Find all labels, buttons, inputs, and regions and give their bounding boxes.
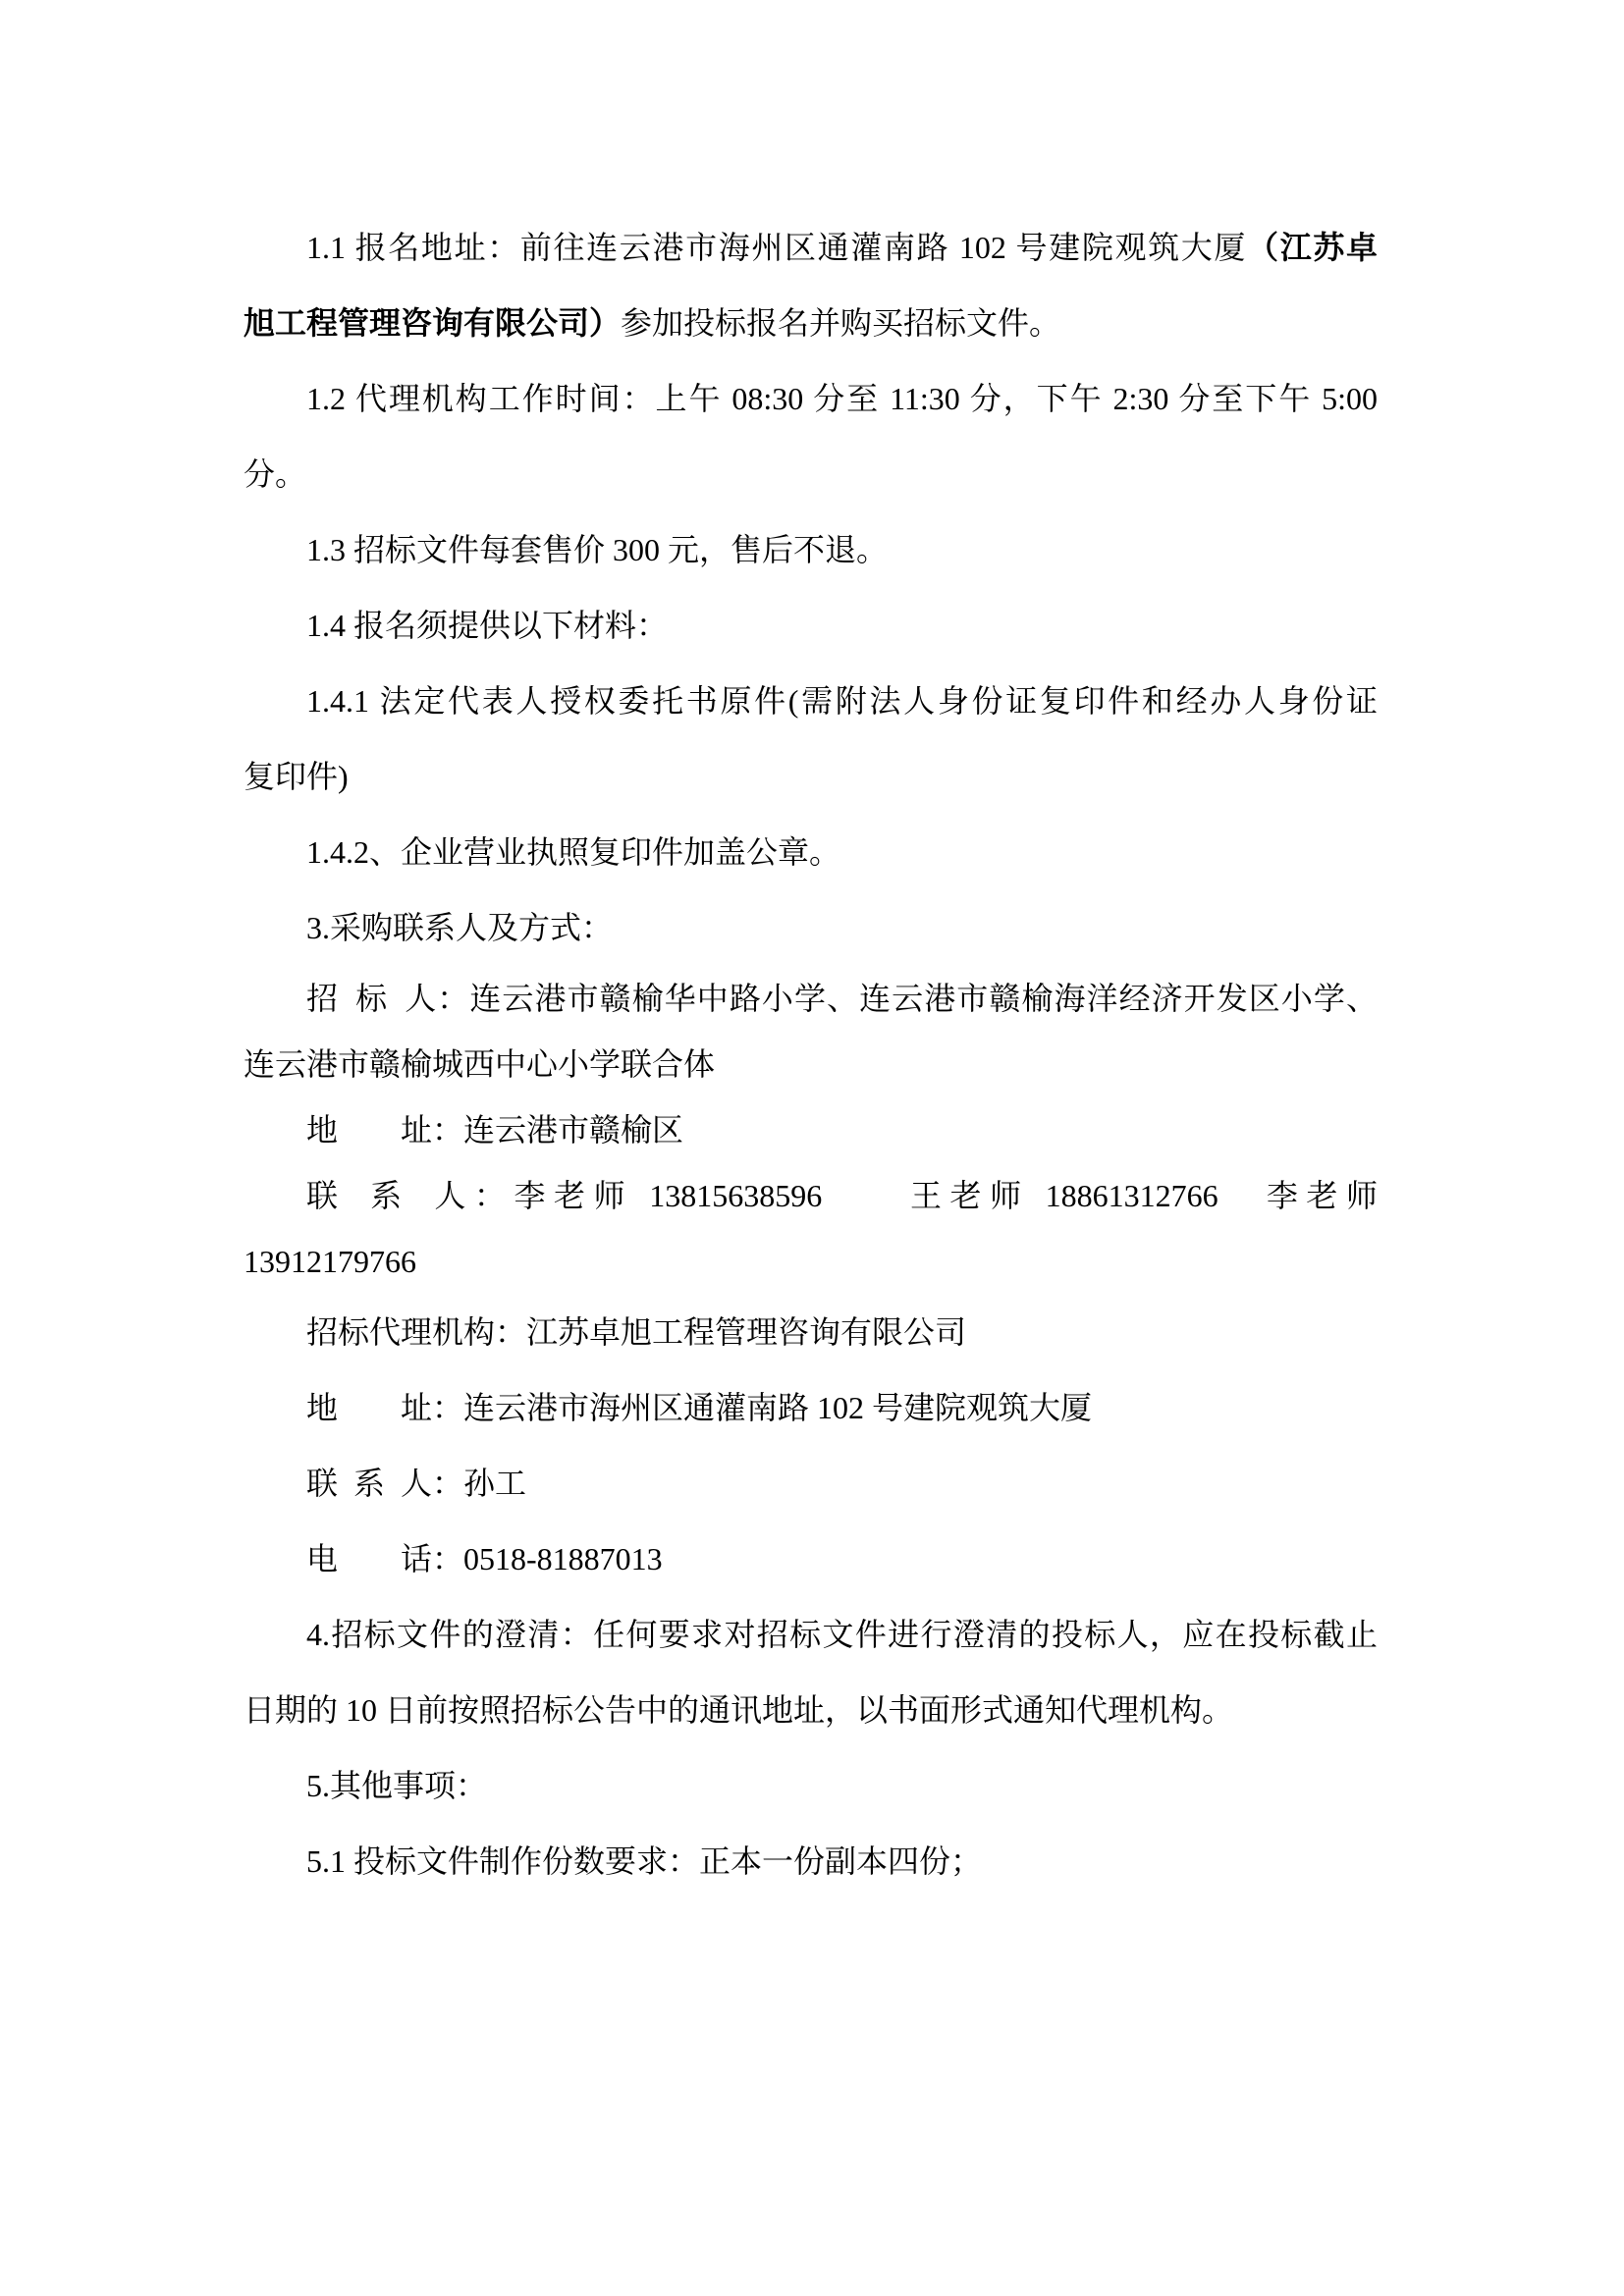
tenderee-name: 招 标 人：连云港市赣榆华中路小学、连云港市赣榆海洋经济开发区小学、连云港市赣榆… <box>244 966 1378 1097</box>
text-run: 复印件) <box>244 759 349 794</box>
text-run: 5.其他事项： <box>306 1768 487 1803</box>
text-run: 连云港市赣榆城西中心小学联合体 <box>244 1046 715 1082</box>
text-run: 5.1 投标文件制作份数要求：正本一份副本四份； <box>306 1843 982 1879</box>
clause-5-other-matters-heading: 5.其他事项： <box>244 1748 1378 1824</box>
text-run: 13912179766 <box>244 1244 416 1279</box>
text-run: 地 址：连云港市赣榆区 <box>306 1112 683 1148</box>
text-line: 招 标 人：连云港市赣榆华中路小学、连云港市赣榆海洋经济开发区小学、 <box>244 966 1378 1032</box>
text-line: 地 址：连云港市海州区通灌南路 102 号建院观筑大厦 <box>244 1370 1378 1446</box>
bold-text-run: （江苏卓 <box>1247 230 1378 265</box>
text-line: 1.3 招标文件每套售价 300 元，售后不退。 <box>244 512 1378 588</box>
text-line: 3.采购联系人及方式： <box>244 890 1378 966</box>
text-line: 4.招标文件的澄清：任何要求对招标文件进行澄清的投标人，应在投标截止 <box>244 1597 1378 1673</box>
text-line: 日期的 10 日前按照招标公告中的通讯地址，以书面形式通知代理机构。 <box>244 1673 1378 1748</box>
text-run: 日期的 10 日前按照招标公告中的通讯地址，以书面形式通知代理机构。 <box>244 1692 1233 1728</box>
text-line: 1.4.1 法定代表人授权委托书原件(需附法人身份证复印件和经办人身份证 <box>244 664 1378 739</box>
text-line: 1.2 代理机构工作时间：上午 08:30 分至 11:30 分，下午 2:30… <box>244 361 1378 437</box>
clause-1-2-agency-working-hours: 1.2 代理机构工作时间：上午 08:30 分至 11:30 分，下午 2:30… <box>244 361 1378 512</box>
text-run: 联 系 人：孙工 <box>306 1466 526 1501</box>
bold-text-run: 旭工程管理咨询有限公司） <box>244 305 621 341</box>
tenderee-address: 地 址：连云港市赣榆区 <box>244 1097 1378 1163</box>
text-run: 联 系 人：李老师 13815638596 王老师 18861312766 李老… <box>306 1178 1378 1213</box>
text-line: 旭工程管理咨询有限公司）参加投标报名并购买招标文件。 <box>244 286 1378 361</box>
clause-1-4-2-business-license: 1.4.2、企业营业执照复印件加盖公章。 <box>244 815 1378 890</box>
text-run: 1.3 招标文件每套售价 300 元，售后不退。 <box>306 532 888 567</box>
clause-1-4-1-authorization-letter: 1.4.1 法定代表人授权委托书原件(需附法人身份证复印件和经办人身份证复印件) <box>244 664 1378 815</box>
text-run: 1.2 代理机构工作时间：上午 08:30 分至 11:30 分，下午 2:30… <box>306 381 1378 416</box>
text-run: 招 标 人：连云港市赣榆华中路小学、连云港市赣榆海洋经济开发区小学、 <box>306 981 1378 1016</box>
text-line: 13912179766 <box>244 1229 1378 1295</box>
text-line: 1.1 报名地址：前往连云港市海州区通灌南路 102 号建院观筑大厦（江苏卓 <box>244 210 1378 286</box>
text-run: 1.4 报名须提供以下材料： <box>306 608 668 643</box>
text-line: 连云港市赣榆城西中心小学联合体 <box>244 1032 1378 1097</box>
text-run: 1.1 报名地址：前往连云港市海州区通灌南路 102 号建院观筑大厦 <box>306 230 1247 265</box>
text-run: 3.采购联系人及方式： <box>306 910 613 945</box>
text-line: 分。 <box>244 437 1378 512</box>
text-run: 地 址：连云港市海州区通灌南路 102 号建院观筑大厦 <box>306 1390 1092 1425</box>
text-line: 1.4.2、企业营业执照复印件加盖公章。 <box>244 815 1378 890</box>
text-line: 电 话：0518-81887013 <box>244 1522 1378 1597</box>
document-body: 1.1 报名地址：前往连云港市海州区通灌南路 102 号建院观筑大厦（江苏卓旭工… <box>244 210 1378 1899</box>
text-run: 分。 <box>244 456 306 492</box>
agency-name: 招标代理机构：江苏卓旭工程管理咨询有限公司 <box>244 1295 1378 1370</box>
text-run: 招标代理机构：江苏卓旭工程管理咨询有限公司 <box>306 1314 966 1350</box>
agency-contact-person: 联 系 人：孙工 <box>244 1446 1378 1522</box>
tenderee-contact-persons: 联 系 人：李老师 13815638596 王老师 18861312766 李老… <box>244 1163 1378 1295</box>
clause-1-1-registration-address: 1.1 报名地址：前往连云港市海州区通灌南路 102 号建院观筑大厦（江苏卓旭工… <box>244 210 1378 361</box>
clause-3-procurement-contacts-heading: 3.采购联系人及方式： <box>244 890 1378 966</box>
text-line: 招标代理机构：江苏卓旭工程管理咨询有限公司 <box>244 1295 1378 1370</box>
clause-5-1-copies-requirement: 5.1 投标文件制作份数要求：正本一份副本四份； <box>244 1824 1378 1899</box>
text-run: 参加投标报名并购买招标文件。 <box>621 305 1060 341</box>
clause-4-clarification: 4.招标文件的澄清：任何要求对招标文件进行澄清的投标人，应在投标截止日期的 10… <box>244 1597 1378 1748</box>
clause-1-3-document-price: 1.3 招标文件每套售价 300 元，售后不退。 <box>244 512 1378 588</box>
text-line: 地 址：连云港市赣榆区 <box>244 1097 1378 1163</box>
agency-address: 地 址：连云港市海州区通灌南路 102 号建院观筑大厦 <box>244 1370 1378 1446</box>
clause-1-4-materials-required: 1.4 报名须提供以下材料： <box>244 588 1378 664</box>
text-run: 1.4.2、企业营业执照复印件加盖公章。 <box>306 834 840 870</box>
text-line: 5.其他事项： <box>244 1748 1378 1824</box>
text-run: 电 话：0518-81887013 <box>306 1541 663 1576</box>
agency-phone: 电 话：0518-81887013 <box>244 1522 1378 1597</box>
text-line: 复印件) <box>244 739 1378 815</box>
text-line: 联 系 人：李老师 13815638596 王老师 18861312766 李老… <box>244 1163 1378 1229</box>
text-run: 1.4.1 法定代表人授权委托书原件(需附法人身份证复印件和经办人身份证 <box>306 683 1378 719</box>
text-run: 4.招标文件的澄清：任何要求对招标文件进行澄清的投标人，应在投标截止 <box>306 1617 1378 1652</box>
text-line: 联 系 人：孙工 <box>244 1446 1378 1522</box>
document-page: 1.1 报名地址：前往连云港市海州区通灌南路 102 号建院观筑大厦（江苏卓旭工… <box>0 0 1624 2296</box>
text-line: 1.4 报名须提供以下材料： <box>244 588 1378 664</box>
text-line: 5.1 投标文件制作份数要求：正本一份副本四份； <box>244 1824 1378 1899</box>
